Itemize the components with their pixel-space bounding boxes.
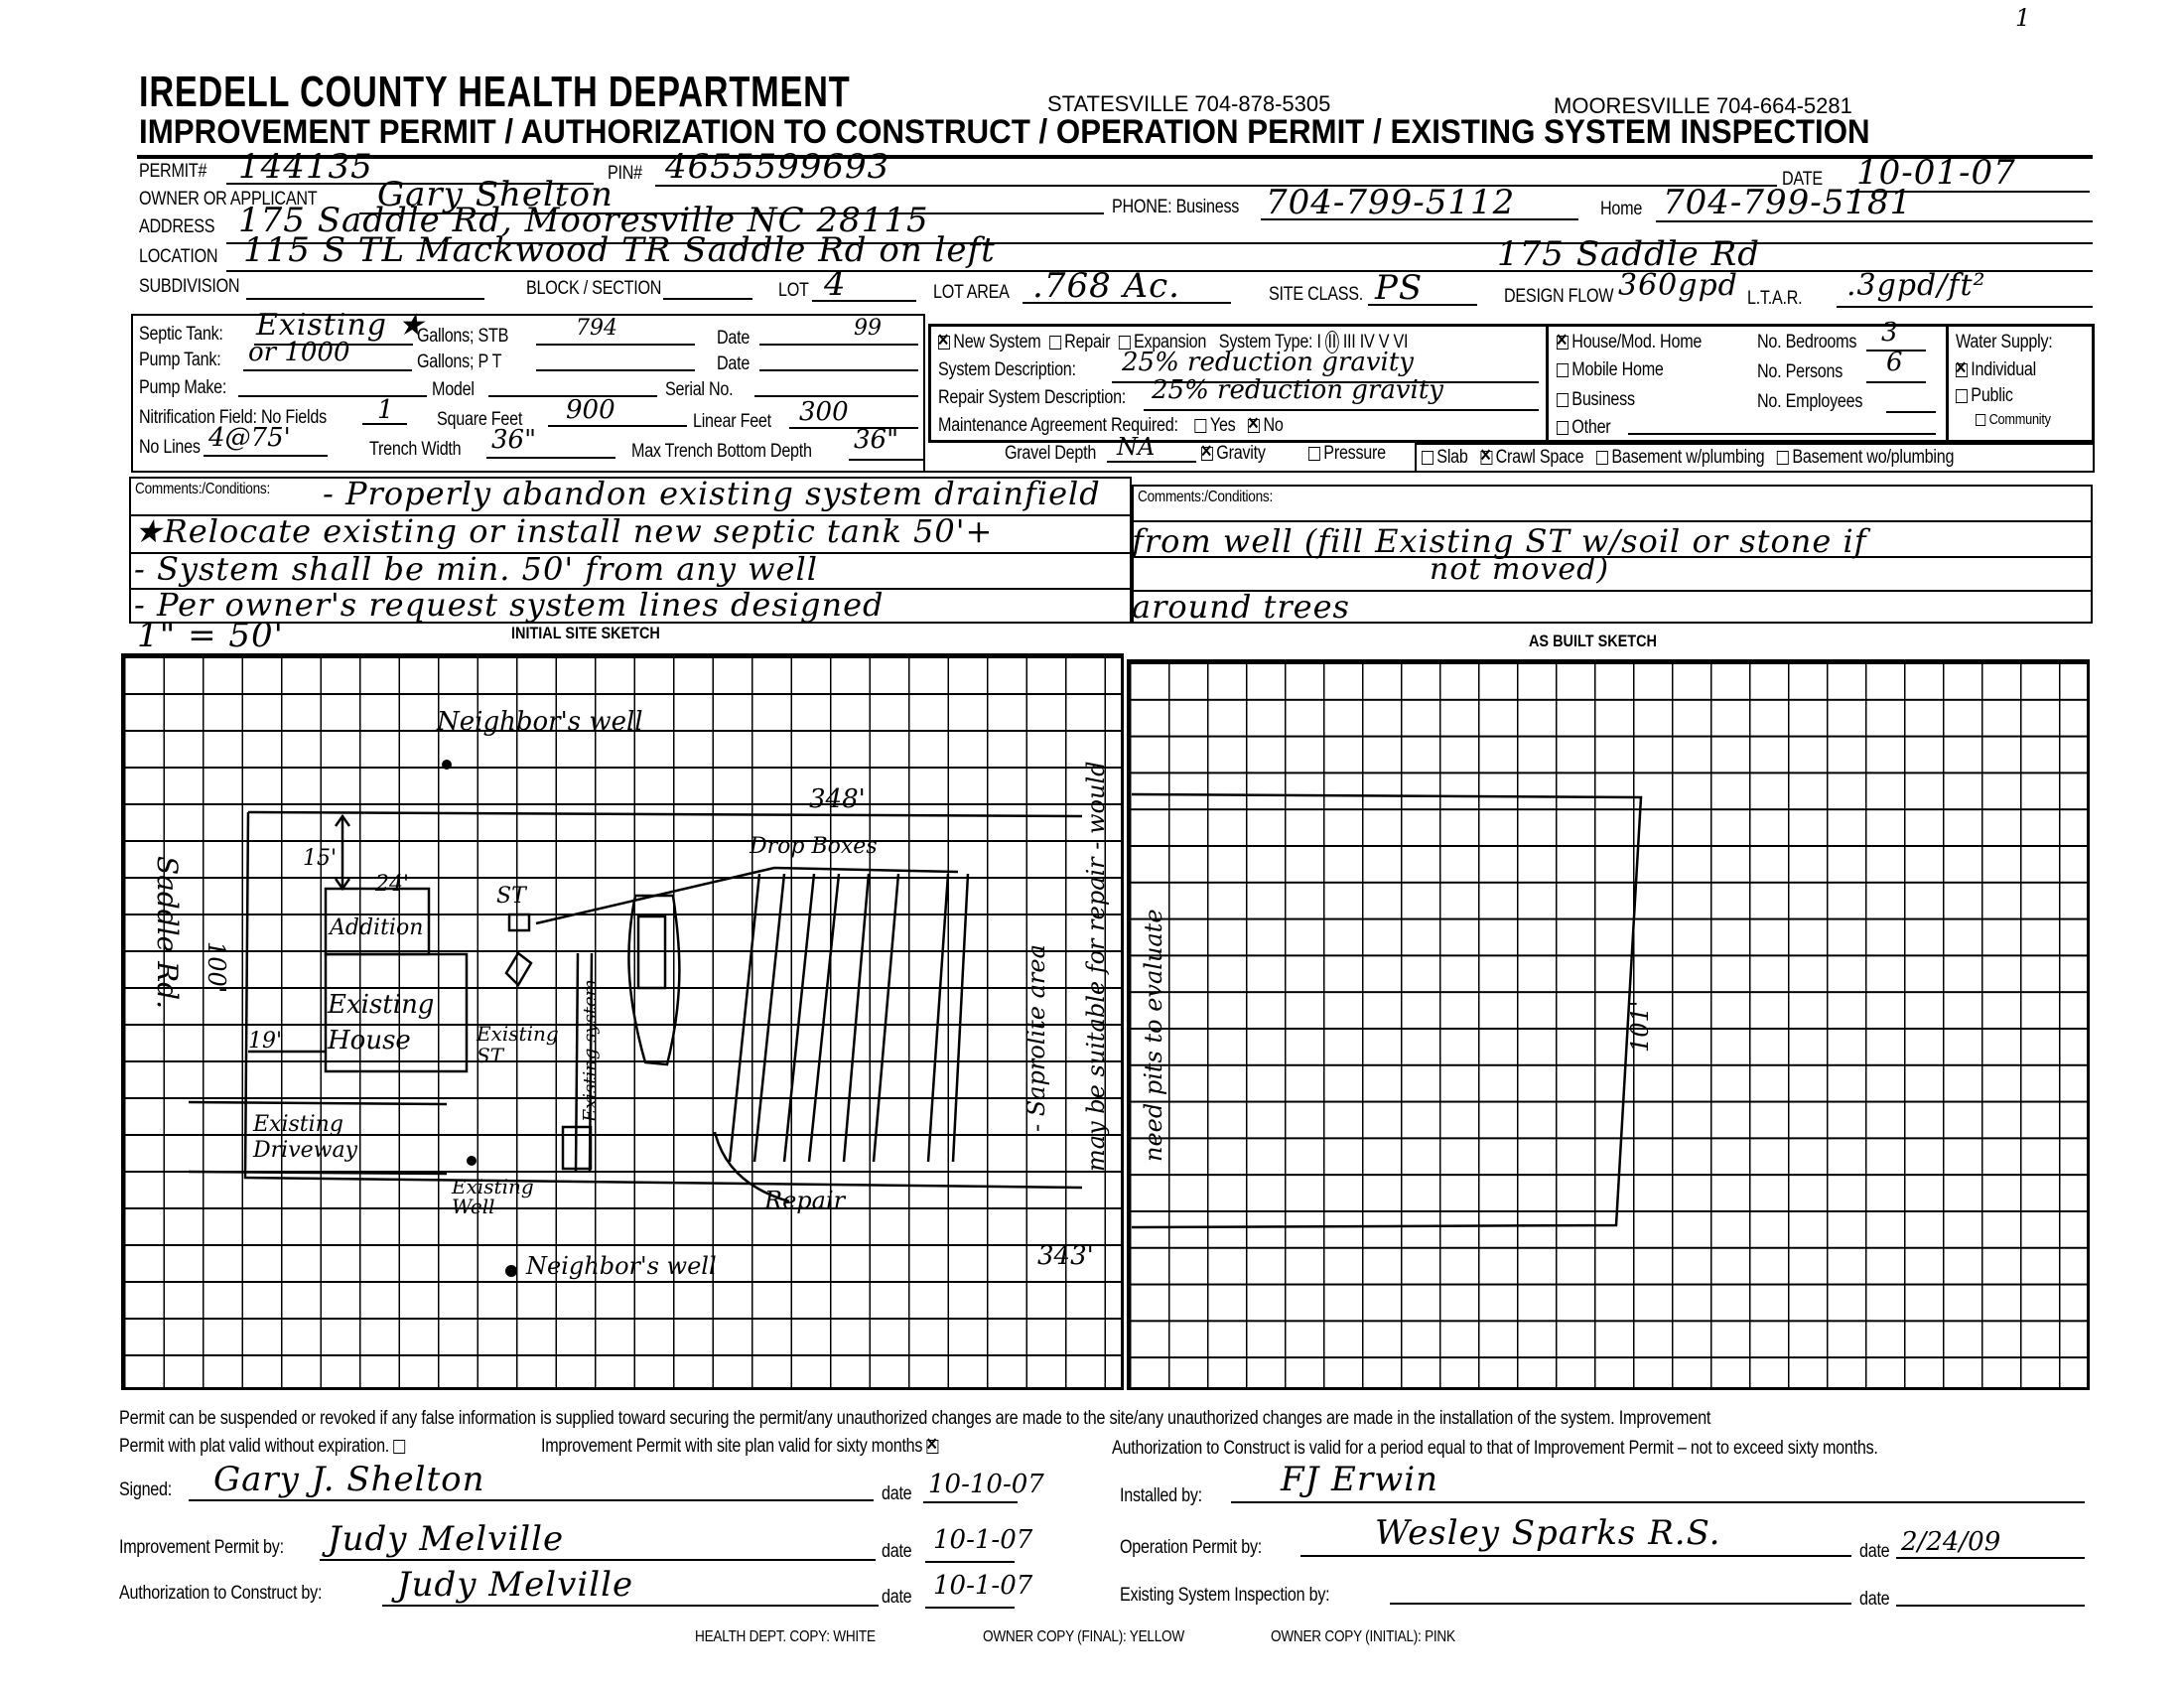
page-mark: 1: [2015, 4, 2030, 32]
community-option[interactable]: Community: [1976, 411, 2051, 428]
saddle-rd-label: Saddle Rd.: [151, 856, 184, 1009]
site-class-label: SITE CLASS.: [1269, 284, 1363, 306]
existing-house-label: Existing House: [328, 987, 457, 1058]
initial-sketch-title: INITIAL SITE SKETCH: [511, 624, 660, 643]
other-option[interactable]: Other: [1557, 417, 1610, 439]
existing-well-label: Existing Well: [452, 1177, 561, 1216]
need-pits-note: need pits to evaluate: [1140, 909, 1167, 1162]
ltar-label: L.T.A.R.: [1747, 288, 1802, 310]
authorization-value[interactable]: Judy Melville: [397, 1565, 633, 1605]
individual-option[interactable]: Individual: [1956, 359, 2036, 381]
septic-label: Septic Tank:: [139, 324, 223, 346]
improvement-date-value[interactable]: 10-1-07: [933, 1525, 1032, 1555]
existing-system-label: Existing system: [580, 979, 601, 1122]
operation-value[interactable]: Wesley Sparks R.S.: [1375, 1513, 1721, 1553]
block-label: BLOCK / SECTION: [526, 278, 661, 300]
maintenance-no-checkbox[interactable]: [1248, 419, 1260, 433]
signed-value[interactable]: Gary J. Shelton: [213, 1460, 485, 1499]
neighbors-well-top: Neighbor's well: [437, 707, 643, 737]
pump-value[interactable]: or 1000: [248, 338, 350, 367]
employees-label: No. Employees: [1757, 391, 1862, 413]
linear-value[interactable]: 300: [799, 397, 849, 427]
gravity-option[interactable]: Gravity: [1201, 443, 1266, 465]
pressure-option[interactable]: Pressure: [1308, 443, 1386, 465]
comments-left-label: Comments:/Conditions:: [135, 481, 270, 498]
comment-right-line-2: not moved): [1430, 552, 1609, 587]
repair-description-value[interactable]: 25% reduction gravity: [1152, 375, 1443, 405]
dim-15: 15': [303, 846, 337, 871]
dim-100: 100': [203, 941, 230, 993]
stb-value[interactable]: 794: [576, 316, 617, 341]
pin-value[interactable]: 4655599693: [665, 147, 889, 187]
authorization-date-label: date: [882, 1587, 911, 1609]
lot-area-label: LOT AREA: [933, 282, 1010, 304]
neighbors-well-bottom: Neighbor's well: [526, 1249, 754, 1283]
subdivision-label: SUBDIVISION: [139, 276, 239, 298]
plat-option[interactable]: Permit with plat valid without expiratio…: [119, 1436, 409, 1458]
header-rule: [137, 155, 2093, 159]
serial-label: Serial No.: [665, 379, 733, 401]
basement-wo-checkbox[interactable]: [1777, 451, 1789, 465]
house-option[interactable]: House/Mod. Home: [1557, 332, 1702, 353]
comment-right-line-3: around trees: [1132, 588, 1350, 626]
crawl-checkbox[interactable]: [1480, 451, 1492, 465]
persons-label: No. Persons: [1757, 361, 1843, 383]
dim-101: 101': [1626, 1001, 1654, 1053]
improvement-value[interactable]: Judy Melville: [328, 1519, 564, 1559]
repair-description-label: Repair System Description:: [938, 387, 1126, 409]
existing-date-label: date: [1859, 1589, 1889, 1611]
public-option[interactable]: Public: [1956, 385, 2013, 407]
location-value[interactable]: 115 S TL Mackwood TR Saddle Rd on left: [243, 230, 996, 270]
gravity-checkbox[interactable]: [1201, 447, 1213, 461]
max-depth-label: Max Trench Bottom Depth: [631, 441, 812, 463]
lot-area-value[interactable]: .768 Ac.: [1032, 266, 1180, 306]
form-title: IMPROVEMENT PERMIT / AUTHORIZATION TO CO…: [139, 113, 1870, 152]
pump-label: Pump Tank:: [139, 350, 220, 371]
operation-date-value[interactable]: 2/24/09: [1901, 1527, 2000, 1557]
comment-line-1: - Properly abandon existing system drain…: [323, 475, 1101, 512]
pressure-checkbox[interactable]: [1308, 447, 1320, 461]
new-system-checkbox[interactable]: [938, 336, 950, 350]
phone-home-label: Home: [1600, 199, 1642, 220]
phone-business-label: PHONE: Business: [1112, 197, 1239, 218]
comment-line-3: - System shall be min. 50' from any well: [134, 550, 818, 588]
date1-value[interactable]: 99: [854, 316, 882, 341]
slab-checkbox[interactable]: [1422, 451, 1433, 465]
lines-value[interactable]: 4@75': [208, 423, 291, 453]
lot-value[interactable]: 4: [824, 264, 847, 304]
operation-label: Operation Permit by:: [1120, 1537, 1262, 1559]
dim-348: 348': [809, 784, 866, 814]
site-plan-checkbox[interactable]: [926, 1440, 938, 1454]
signed-date-label: date: [882, 1483, 911, 1505]
gallons-pt-label: Gallons; P T: [417, 352, 501, 373]
as-built-sketch-grid[interactable]: [1127, 659, 2090, 1390]
as-built-sketch-title: AS BUILT SKETCH: [1529, 632, 1657, 651]
sketch-scale: 1" = 50': [137, 616, 284, 655]
phone-business-value[interactable]: 704-799-5112: [1266, 183, 1515, 222]
existing-st-label: Existing ST: [477, 1023, 546, 1066]
address-label: ADDRESS: [139, 216, 214, 238]
comment-line-2: ★Relocate existing or install new septic…: [134, 512, 993, 550]
signed-date-value[interactable]: 10-10-07: [928, 1470, 1044, 1499]
saprolite-note: - Saprolite area: [1023, 944, 1050, 1132]
site-class-value[interactable]: PS: [1375, 268, 1423, 308]
repair-label: Repair: [764, 1187, 845, 1214]
authorization-date-value[interactable]: 10-1-07: [933, 1571, 1032, 1601]
date1-label: Date: [717, 328, 750, 350]
maintenance-yes-checkbox[interactable]: [1195, 419, 1207, 433]
date2-label: Date: [717, 353, 750, 375]
persons-value[interactable]: 6: [1886, 348, 1903, 377]
sqft-value[interactable]: 900: [566, 395, 615, 425]
repair-checkbox[interactable]: [1049, 336, 1061, 350]
site-plan-option[interactable]: Improvement Permit with site plan valid …: [541, 1436, 942, 1458]
existing-driveway-label: Existing Driveway: [253, 1112, 382, 1164]
trench-width-value[interactable]: 36": [491, 425, 536, 455]
may-be-suitable-note: may be suitable for repair - would: [1082, 761, 1110, 1172]
lines-label: No Lines: [139, 437, 201, 459]
copy-white: HEALTH DEPT. COPY: WHITE: [695, 1628, 876, 1646]
authorization-label: Authorization to Construct by:: [119, 1583, 322, 1605]
existing-inspection-label: Existing System Inspection by:: [1120, 1585, 1329, 1607]
gallons-stb-label: Gallons; STB: [417, 326, 508, 348]
dim-19: 19': [248, 1029, 282, 1054]
linear-label: Linear Feet: [693, 411, 771, 433]
fields-value[interactable]: 1: [377, 395, 394, 425]
bedrooms-value[interactable]: 3: [1881, 318, 1898, 348]
authorization-note: Authorization to Construct is valid for …: [1112, 1438, 1878, 1460]
mobile-option[interactable]: Mobile Home: [1557, 359, 1664, 381]
trench-width-label: Trench Width: [369, 439, 461, 461]
phone-home-value[interactable]: 704-799-5181: [1663, 183, 1912, 222]
disclaimer: Permit can be suspended or revoked if an…: [119, 1408, 1710, 1430]
copy-yellow: OWNER COPY (FINAL): YELLOW: [983, 1628, 1184, 1646]
agency-title: IREDELL COUNTY HEALTH DEPARTMENT: [139, 68, 850, 117]
dim-24: 24': [375, 872, 409, 897]
drop-boxes-label: Drop Boxes: [750, 834, 878, 859]
model-label: Model: [432, 379, 475, 401]
copy-pink: OWNER COPY (INITIAL): PINK: [1271, 1628, 1455, 1646]
lot-label: LOT: [778, 280, 809, 302]
addition-label: Addition: [330, 915, 423, 940]
gravel-depth-label: Gravel Depth: [1005, 443, 1096, 465]
st-label: ST: [496, 884, 526, 909]
design-flow-value[interactable]: 360gpd: [1618, 268, 1738, 303]
bedrooms-label: No. Bedrooms: [1757, 332, 1856, 353]
installed-value[interactable]: FJ Erwin: [1281, 1460, 1438, 1499]
plat-checkbox[interactable]: [393, 1440, 405, 1454]
improvement-label: Improvement Permit by:: [119, 1537, 284, 1559]
signed-label: Signed:: [119, 1479, 172, 1501]
description-label: System Description:: [938, 359, 1076, 381]
ltar-value[interactable]: .3gpd/ft²: [1846, 268, 1986, 303]
max-depth-value[interactable]: 36": [854, 425, 898, 455]
permit-value[interactable]: 144135: [238, 147, 373, 187]
basement-w-checkbox[interactable]: [1596, 451, 1608, 465]
improvement-date-label: date: [882, 1541, 911, 1563]
pump-make-label: Pump Make:: [139, 377, 226, 399]
comments-right-label: Comments:/Conditions:: [1138, 489, 1273, 506]
business-option[interactable]: Business: [1557, 389, 1635, 411]
permit-label: PERMIT#: [139, 161, 206, 183]
operation-date-label: date: [1859, 1541, 1889, 1563]
design-flow-label: DESIGN FLOW: [1504, 286, 1613, 308]
location-label: LOCATION: [139, 246, 217, 268]
maintenance-row: Maintenance Agreement Required: Yes No: [938, 415, 1284, 437]
water-label: Water Supply:: [1956, 332, 2053, 353]
description-value[interactable]: 25% reduction gravity: [1122, 348, 1414, 377]
foundation-options: Slab Crawl Space Basement w/plumbing Bas…: [1422, 447, 1954, 469]
dim-343: 343': [1037, 1241, 1094, 1271]
installed-label: Installed by:: [1120, 1485, 1202, 1507]
